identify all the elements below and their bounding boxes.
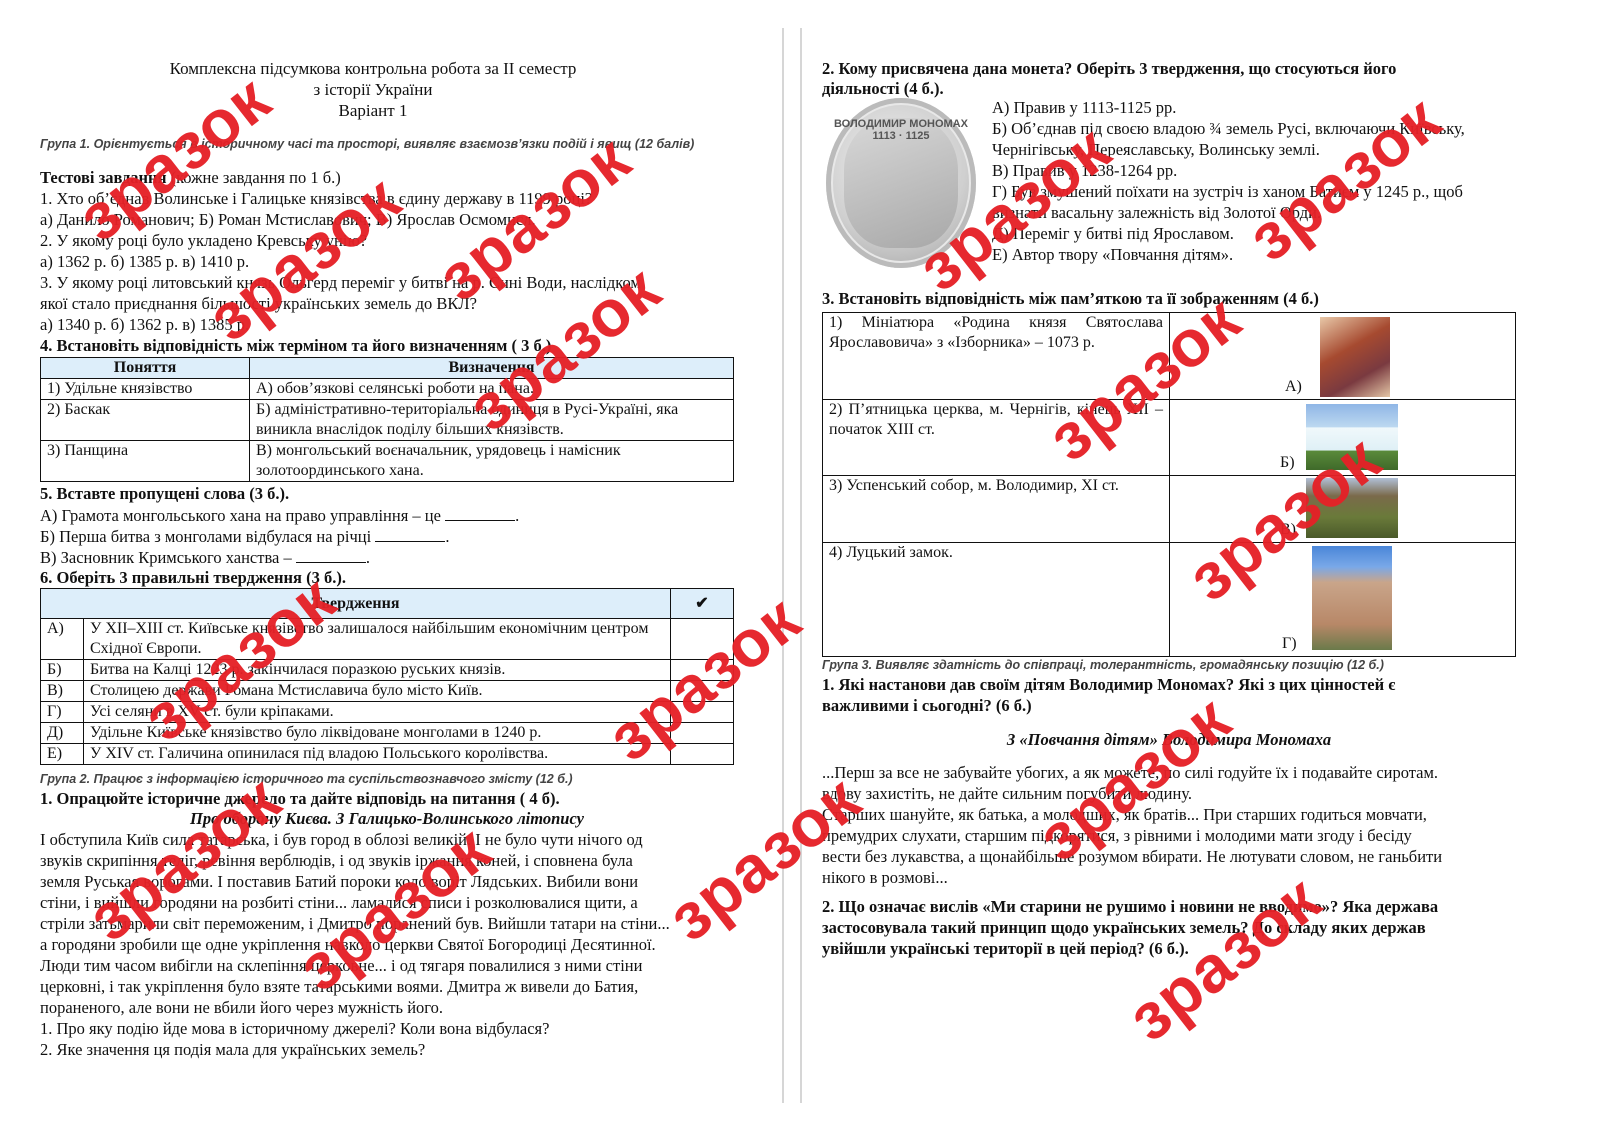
- monument-cell: 1) Мініатюра «Родина князя Святослава Яр…: [823, 313, 1170, 400]
- tests-note: (кожне завдання по 1 б.): [171, 168, 341, 187]
- option-item: визнати васальну залежність від Золотої …: [992, 202, 1465, 223]
- option-item: Чернігівську, Переяславську, Волинську з…: [992, 139, 1465, 160]
- group3-question-1-line2: важливими і сьогодні? (6 б.): [822, 695, 1032, 716]
- answer-blank[interactable]: [296, 548, 366, 563]
- question-4: 4. Встановіть відповідність між терміном…: [40, 335, 551, 356]
- question-line: застосовувала такий принцип щодо українс…: [822, 917, 1438, 938]
- answer-check-cell[interactable]: [671, 681, 734, 702]
- group2-question-1: 1. Опрацюйте історичне джерело та дайте …: [40, 788, 560, 809]
- table-row: А) У XII–XIII ст. Київське князівство за…: [41, 619, 734, 660]
- group1-heading: Група 1. Орієнтується в історичному часі…: [40, 137, 720, 152]
- group3-heading: Група 3. Виявляє здатність до співпраці,…: [822, 658, 1384, 673]
- table-row: 3) Панщина В) монгольський воєначальник,…: [41, 441, 734, 482]
- source-line: пораненого, але вони не вбили його через…: [40, 997, 670, 1018]
- title-line: Комплексна підсумкова контрольна робота …: [38, 58, 708, 79]
- document-title: Комплексна підсумкова контрольна робота …: [38, 58, 708, 121]
- statements-table: Твердження ✔ А) У XII–XIII ст. Київське …: [40, 588, 734, 765]
- image-label: Г): [1282, 634, 1297, 654]
- quote-line: вести без лукавства, а щонайбільше розум…: [822, 846, 1442, 867]
- statement-letter: Е): [41, 744, 84, 765]
- table-row: Б) Битва на Калці 1223 р. закінчилася по…: [41, 660, 734, 681]
- question-3-line1: 3. У якому році литовський князь Ольгерд…: [40, 272, 641, 293]
- question-3: 3. Встановіть відповідність між пам’ятко…: [822, 288, 1319, 309]
- tests-heading-label: Тестові завдання: [40, 168, 167, 187]
- option-item: Г) Був змушений поїхати на зустріч із ха…: [992, 181, 1465, 202]
- question-2-line2: діяльності (4 б.).: [822, 78, 944, 99]
- quote-title: З «Повчання дітям» Володимира Мономаха: [822, 729, 1516, 750]
- source-question: 1. Про яку подію йде мова в історичному …: [40, 1018, 670, 1039]
- term-cell: 2) Баскак: [41, 400, 250, 441]
- definition-cell: А) обов’язкові селянські роботи на пана.: [250, 379, 734, 400]
- source-line: церковні, і так укріплення було взяте та…: [40, 976, 670, 997]
- definitions-header: Визначення: [250, 358, 734, 379]
- fill-item-text: В) Засновник Кримського ханства –: [40, 548, 292, 567]
- question-2: 2. У якому році було укладено Кревську у…: [40, 230, 367, 251]
- answer-check-cell[interactable]: [671, 660, 734, 681]
- statement-letter: Г): [41, 702, 84, 723]
- monument-cell: 2) П’ятницька церква, м. Чернігів, кінец…: [823, 400, 1170, 476]
- question-3-answers: а) 1340 р. б) 1362 р. в) 1385 р.: [40, 314, 249, 335]
- page-separator: [800, 28, 802, 1103]
- group2-heading: Група 2. Працює з інформацією історичног…: [40, 772, 573, 787]
- answer-check-cell[interactable]: [671, 744, 734, 765]
- image-label: А): [1285, 377, 1302, 397]
- option-item: Д) Переміг у битві під Ярославом.: [992, 223, 1465, 244]
- table-row: В) Столицею держави Романа Мстиславича б…: [41, 681, 734, 702]
- group3-question-1-line1: 1. Які настанови дав своїм дітям Володим…: [822, 674, 1395, 695]
- table-row: 4) Луцький замок. Г): [823, 543, 1516, 657]
- definition-cell: В) монгольський воєначальник, урядовець …: [250, 441, 734, 482]
- definition-cell: Б) адміністративно-територіальна одиниця…: [250, 400, 734, 441]
- image-label: Б): [1280, 453, 1295, 473]
- group3-question-2: 2. Що означає вислів «Ми старини не руши…: [822, 896, 1438, 959]
- coin-inscription: ВОЛОДИМИР МОНОМАХ 1113 · 1125: [826, 118, 976, 142]
- question-1-answers: а) Данило Романович; Б) Роман Мстиславов…: [40, 209, 536, 230]
- option-item: Б) Об’єднав під своєю владою ¾ земель Ру…: [992, 118, 1465, 139]
- statements-header: Твердження: [41, 589, 671, 619]
- statement-letter: В): [41, 681, 84, 702]
- coin-options: А) Правив у 1113-1125 рр. Б) Об’єднав пі…: [992, 97, 1465, 265]
- source-text: І обступила Київ сила татарська, і був г…: [40, 829, 670, 1060]
- fill-item: А) Грамота монгольського хана на право у…: [40, 505, 519, 526]
- cathedral-image: [1306, 404, 1398, 470]
- quote-text: ...Перш за все не забувайте убогих, а як…: [822, 762, 1442, 888]
- statement-text: Удільне Київське князівство було ліквідо…: [84, 723, 671, 744]
- answer-check-cell[interactable]: [671, 702, 734, 723]
- answer-check-cell[interactable]: [671, 723, 734, 744]
- option-item: В) Правив у 1238-1264 рр.: [992, 160, 1465, 181]
- miniature-image: [1320, 317, 1390, 397]
- title-line: з історії України: [38, 79, 708, 100]
- source-question: 2. Яке значення ця подія мала для україн…: [40, 1039, 670, 1060]
- coin-years: 1113 · 1125: [826, 130, 976, 142]
- source-line: стіни, і вийшли городяни на розбиті стін…: [40, 892, 670, 913]
- answer-blank[interactable]: [375, 527, 445, 542]
- table-row: 1) Мініатюра «Родина князя Святослава Яр…: [823, 313, 1516, 400]
- quote-line: премудрих слухати, старшим підкорятися, …: [822, 825, 1442, 846]
- table-row: Д) Удільне Київське князівство було лікв…: [41, 723, 734, 744]
- statement-text: Усі селяни в XV ст. були кріпаками.: [84, 702, 671, 723]
- coin-name: ВОЛОДИМИР МОНОМАХ: [826, 118, 976, 130]
- source-line: земля Руськая ворогами. І поставив Батий…: [40, 871, 670, 892]
- fill-item-text: Б) Перша битва з монголами відбулася на …: [40, 527, 371, 546]
- question-line: 2. Що означає вислів «Ми старини не руши…: [822, 896, 1438, 917]
- option-item: Е) Автор твору «Повчання дітям».: [992, 244, 1465, 265]
- source-title: Про оборону Києва. З Галицько-Волинськог…: [40, 808, 734, 829]
- question-6: 6. Оберіть 3 правильні твердження (3 б.)…: [40, 567, 346, 588]
- statement-letter: Б): [41, 660, 84, 681]
- page-separator: [782, 28, 784, 1103]
- quote-line: Старших шануйте, як батька, а молодших, …: [822, 804, 1442, 825]
- statement-text: У XIV ст. Галичина опинилася під владою …: [84, 744, 671, 765]
- table-row: Е) У XIV ст. Галичина опинилася під влад…: [41, 744, 734, 765]
- quote-line: вдову захистіть, не дайте сильним погуби…: [822, 783, 1442, 804]
- terms-table: Поняття Визначення 1) Удільне князівство…: [40, 357, 734, 482]
- variant-label: Варіант 1: [38, 100, 708, 121]
- term-cell: 3) Панщина: [41, 441, 250, 482]
- table-row: Г) Усі селяни в XV ст. були кріпаками.: [41, 702, 734, 723]
- image-label: В): [1280, 520, 1296, 540]
- monument-cell: 3) Успенський собор, м. Володимир, XI ст…: [823, 476, 1170, 543]
- question-line: увійшли українські території в цей періо…: [822, 938, 1438, 959]
- terms-header: Поняття: [41, 358, 250, 379]
- statement-text: Столицею держави Романа Мстиславича було…: [84, 681, 671, 702]
- question-2-answers: а) 1362 р. б) 1385 р. в) 1410 р.: [40, 251, 249, 272]
- checkmark-icon: ✔: [671, 589, 734, 619]
- table-row: 2) Баскак Б) адміністративно-територіаль…: [41, 400, 734, 441]
- monuments-table: 1) Мініатюра «Родина князя Святослава Яр…: [822, 312, 1516, 657]
- table-row: 1) Удільне князівство А) обов’язкові сел…: [41, 379, 734, 400]
- church-image: [1312, 546, 1392, 650]
- source-line: стріли затьмарили світ переможеним, і Дм…: [40, 913, 670, 934]
- source-line: звуків скрипіння теліг, ревіння верблюді…: [40, 850, 670, 871]
- option-item: А) Правив у 1113-1125 рр.: [992, 97, 1465, 118]
- table-row: 3) Успенський собор, м. Володимир, XI ст…: [823, 476, 1516, 543]
- quote-line: нікого в розмові...: [822, 867, 1442, 888]
- source-line: І обступила Київ сила татарська, і був г…: [40, 829, 670, 850]
- question-3-line2: якої стало приєднання більшості українсь…: [40, 293, 477, 314]
- source-line: Люди тим часом вибігли на склепіння церк…: [40, 955, 670, 976]
- fill-item: Б) Перша битва з монголами відбулася на …: [40, 526, 449, 547]
- statement-text: У XII–XIII ст. Київське князівство залиш…: [84, 619, 671, 660]
- question-2-line1: 2. Кому присвячена дана монета? Оберіть …: [822, 58, 1396, 79]
- answer-blank[interactable]: [445, 506, 515, 521]
- statement-letter: А): [41, 619, 84, 660]
- term-cell: 1) Удільне князівство: [41, 379, 250, 400]
- question-5: 5. Вставте пропущені слова (3 б.).: [40, 483, 289, 504]
- monument-cell: 4) Луцький замок.: [823, 543, 1170, 657]
- fill-item-text: А) Грамота монгольського хана на право у…: [40, 506, 441, 525]
- quote-line: ...Перш за все не забувайте убогих, а як…: [822, 762, 1442, 783]
- answer-check-cell[interactable]: [671, 619, 734, 660]
- tests-heading: Тестові завдання (кожне завдання по 1 б.…: [40, 167, 341, 188]
- source-line: а городяни зробили ще одне укріплення на…: [40, 934, 670, 955]
- question-1: 1. Хто об’єднав Волинське і Галицьке кня…: [40, 188, 592, 209]
- coin-image: ВОЛОДИМИР МОНОМАХ 1113 · 1125: [826, 98, 976, 268]
- table-row: 2) П’ятницька церква, м. Чернігів, кінец…: [823, 400, 1516, 476]
- castle-image: [1306, 478, 1398, 538]
- statement-letter: Д): [41, 723, 84, 744]
- fill-item: В) Засновник Кримського ханства – .: [40, 547, 370, 568]
- statement-text: Битва на Калці 1223 р. закінчилася пораз…: [84, 660, 671, 681]
